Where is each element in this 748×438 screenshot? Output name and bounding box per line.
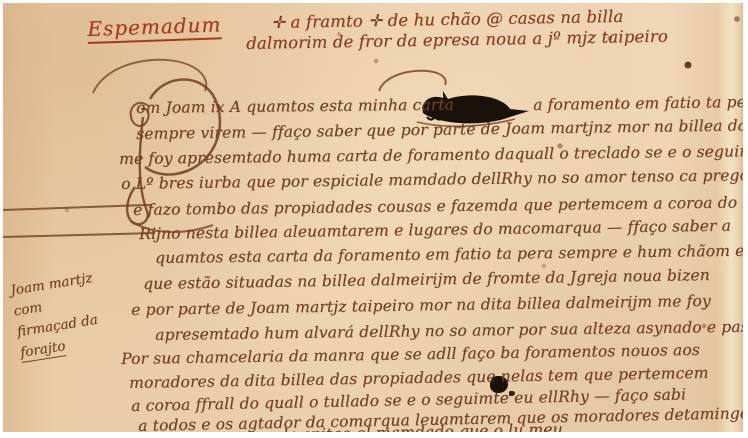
body-line-08: que estão situadas na billea dalmeirijm … [143,266,710,293]
body-line-10: apresemtado hum alvará dellRhy no so amo… [155,317,743,344]
body-line-06: Rijno nesta billea aleuamtarem e lugares… [139,217,731,243]
body-line-09: e por parte de Joam martjz taipeiro mor … [131,292,711,319]
body-line-07: quamtos esta carta da foramento em fatio… [155,241,743,267]
body-line-02: sempre virem — ffaço saber que por parte… [136,116,743,143]
foxing-spots [3,3,5,5]
manuscript-scan-frame: Espemadum ✛ a framto ✛ de hu chão @ casa… [0,0,748,438]
brace-flourish [89,51,219,97]
manuscript-page: Espemadum ✛ a framto ✛ de hu chão @ casa… [3,3,743,432]
body-line-11: Por sua chamcelaria da manra que se adll… [121,341,700,368]
body-line-01a: om Joam ix A quamtos esta minha carta [136,96,454,117]
body-line-01b: a foramento em fatio ta pera [533,93,743,114]
rubric-title: Espemadum [87,12,222,44]
margin-note: Joam martjz com firmaçad da forajto [9,264,131,364]
